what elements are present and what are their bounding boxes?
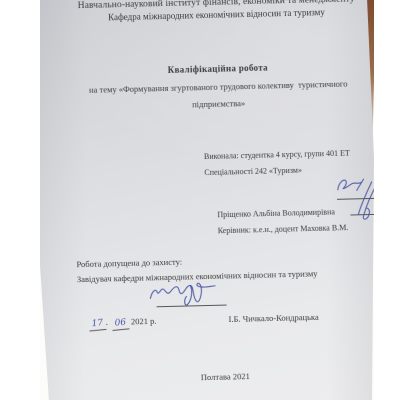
head-signature	[147, 279, 232, 311]
head-name: І.Б. Чичкало-Кондрацька	[226, 312, 319, 324]
supervisor-signature-line	[350, 206, 374, 216]
supervisor-name: Керівник: к.е.н., доцент Маховка В.М.	[218, 223, 351, 235]
head-signature-line	[156, 297, 226, 308]
supervisor-signature	[349, 179, 374, 222]
date-year: 2021 р.	[129, 316, 157, 327]
title-page-content: Навчально-науковий інститут фінансів, ек…	[40, 0, 374, 400]
supervisor-line: Керівник: к.е.н., доцент Маховка В.М.	[205, 197, 374, 245]
admission-date-line: 17.06 2021 р. І.Б. Чичкало-Кондрацька	[75, 285, 319, 340]
topic-line-2: підприємства»	[66, 96, 372, 113]
performed-by-line: Виконала: студентка 4 курсу, групи 401 Е…	[204, 149, 350, 161]
handwritten-day: 17	[88, 319, 106, 331]
city-year: Полтава 2021	[72, 369, 374, 386]
work-type-title: Кваліфікаційна робота	[65, 61, 371, 78]
document-photo: Навчально-науковий інститут фінансів, ек…	[40, 0, 374, 400]
handwritten-month: 06	[111, 318, 129, 330]
admission-intro: Робота допущена до захисту:	[76, 258, 182, 270]
specialty-line: Спеціальності 242 «Туризм»	[204, 167, 302, 178]
topic-line-1: на тему «Формування згуртованого трудово…	[65, 79, 371, 96]
